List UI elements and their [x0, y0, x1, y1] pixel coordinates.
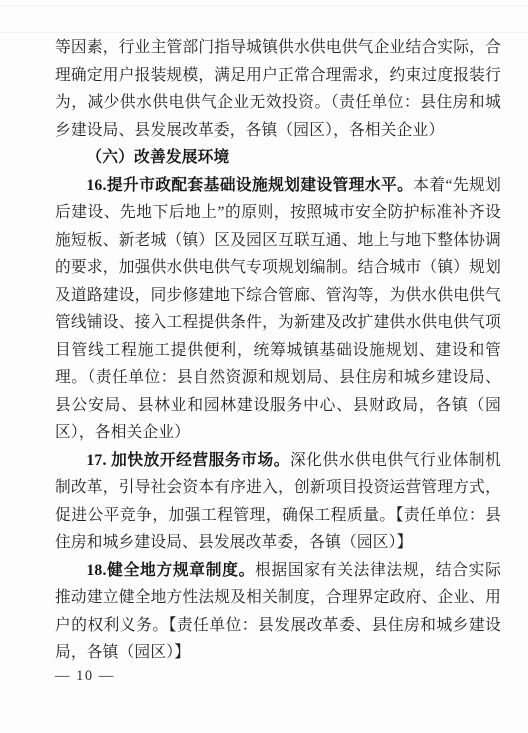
paragraph-text: 等因素，行业主管部门指导城镇供水供电供气企业结合实际，合理确定用户报装规模，满足…	[55, 39, 501, 139]
clause-18-title: 18.健全地方规章制度。	[86, 562, 255, 579]
scan-artifact-line-top	[0, 5, 528, 6]
clause-17-title: 17. 加快放开经营服务市场。	[86, 452, 290, 469]
paragraph-continuation: 等因素，行业主管部门指导城镇供水供电供气企业结合实际，合理确定用户报装规模，满足…	[55, 34, 501, 144]
paragraph-clause-18: 18.健全地方规章制度。根据国家有关法律法规，结合实际推动建立健全地方性法规及相…	[55, 557, 501, 667]
page-number: — 10 —	[55, 666, 115, 686]
section-heading-text: （六）改善发展环境	[86, 149, 229, 166]
paragraph-clause-17: 17. 加快放开经营服务市场。深化供水供电供气行业体制机制改革，引导社会资本有序…	[55, 447, 501, 557]
scan-artifact-line	[0, 32, 528, 33]
clause-16-body: 本着“先规划后建设、先地下后地上”的原则，按照城市安全防护标准补齐设施短板、新老…	[55, 177, 501, 442]
section-heading-6: （六）改善发展环境	[55, 144, 501, 172]
document-body: 等因素，行业主管部门指导城镇供水供电供气企业结合实际，合理确定用户报装规模，满足…	[55, 34, 501, 667]
paragraph-clause-16: 16.提升市政配套基础设施规划建设管理水平。本着“先规划后建设、先地下后地上”的…	[55, 172, 501, 447]
clause-16-title: 16.提升市政配套基础设施规划建设管理水平。	[86, 177, 413, 194]
document-page: 等因素，行业主管部门指导城镇供水供电供气企业结合实际，合理确定用户报装规模，满足…	[0, 0, 528, 733]
